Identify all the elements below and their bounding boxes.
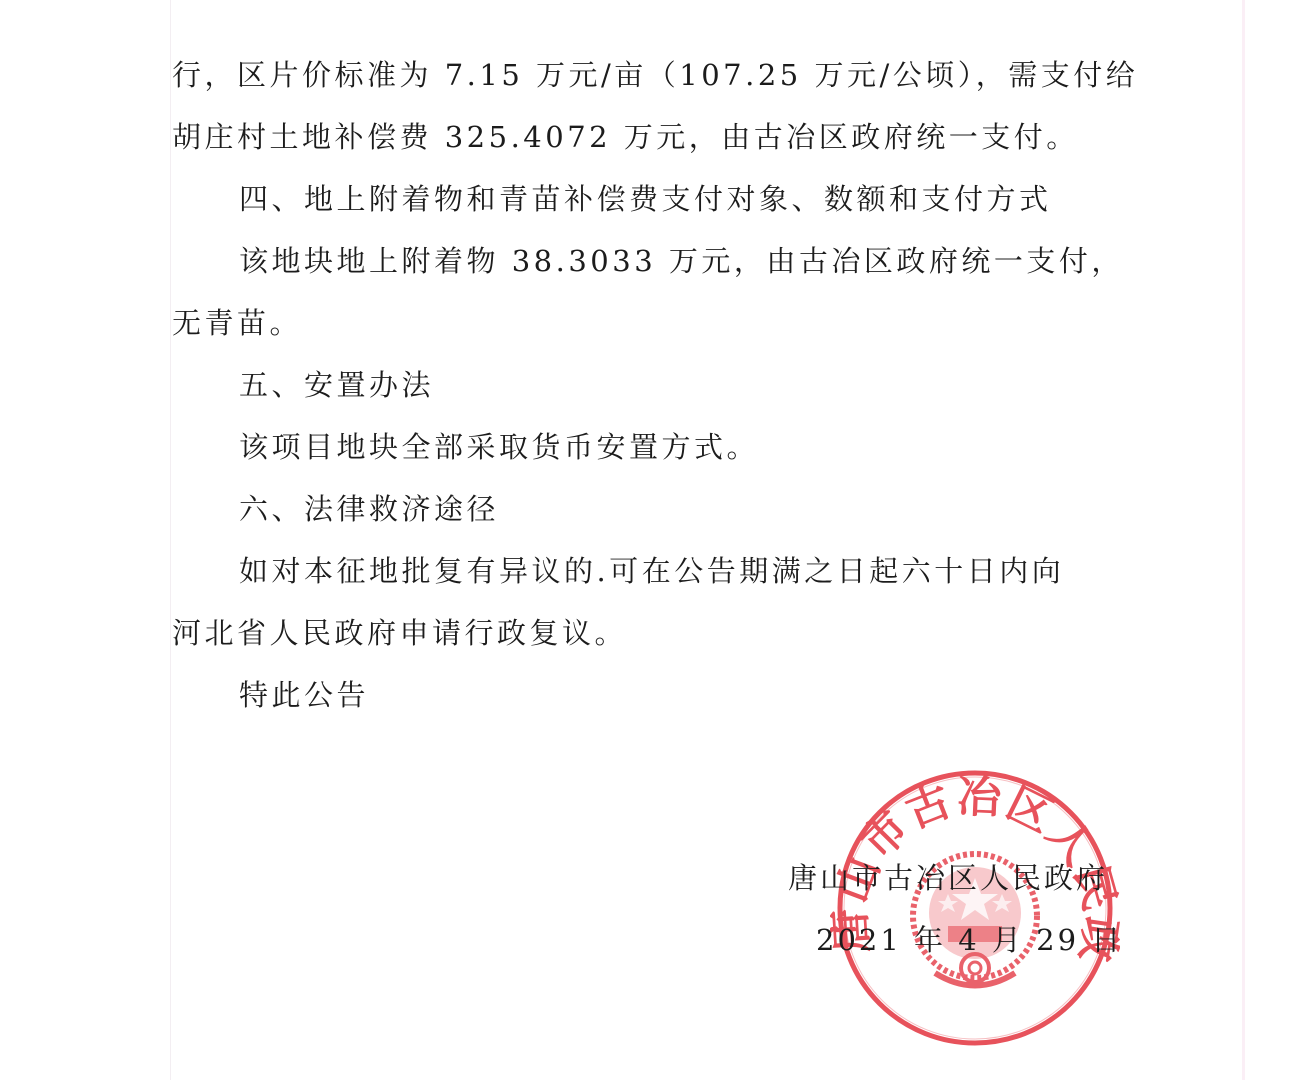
paragraph-line: 无青苗。 [172,303,302,343]
issue-date: 2021 年 4 月 29 日 [816,920,1123,960]
section-heading-6: 六、法律救济途径 [239,489,499,529]
paragraph-line: 河北省人民政府申请行政复议。 [172,613,627,653]
paragraph-line: 行，区片价标准为 7.15 万元/亩（107.25 万元/公顷），需支付给 [172,55,1138,95]
section-heading-4: 四、地上附着物和青苗补偿费支付对象、数额和支付方式 [239,179,1052,219]
closing-line: 特此公告 [239,675,369,715]
issuer-name: 唐山市古冶区人民政府 [788,858,1108,898]
page-edge-right [1242,0,1245,1080]
paragraph-line: 胡庄村土地补偿费 325.4072 万元，由古冶区政府统一支付。 [172,117,1079,157]
paragraph-line: 如对本征地批复有异议的.可在公告期满之日起六十日内向 [239,551,1064,591]
paragraph-line: 该项目地块全部采取货币安置方式。 [239,427,759,467]
section-heading-5: 五、安置办法 [239,365,434,405]
page-edge-left [170,0,171,1080]
paragraph-line: 该地块地上附着物 38.3033 万元，由古冶区政府统一支付， [239,241,1124,281]
official-seal-icon: 唐山市古冶区人民政府 [830,768,1120,1058]
